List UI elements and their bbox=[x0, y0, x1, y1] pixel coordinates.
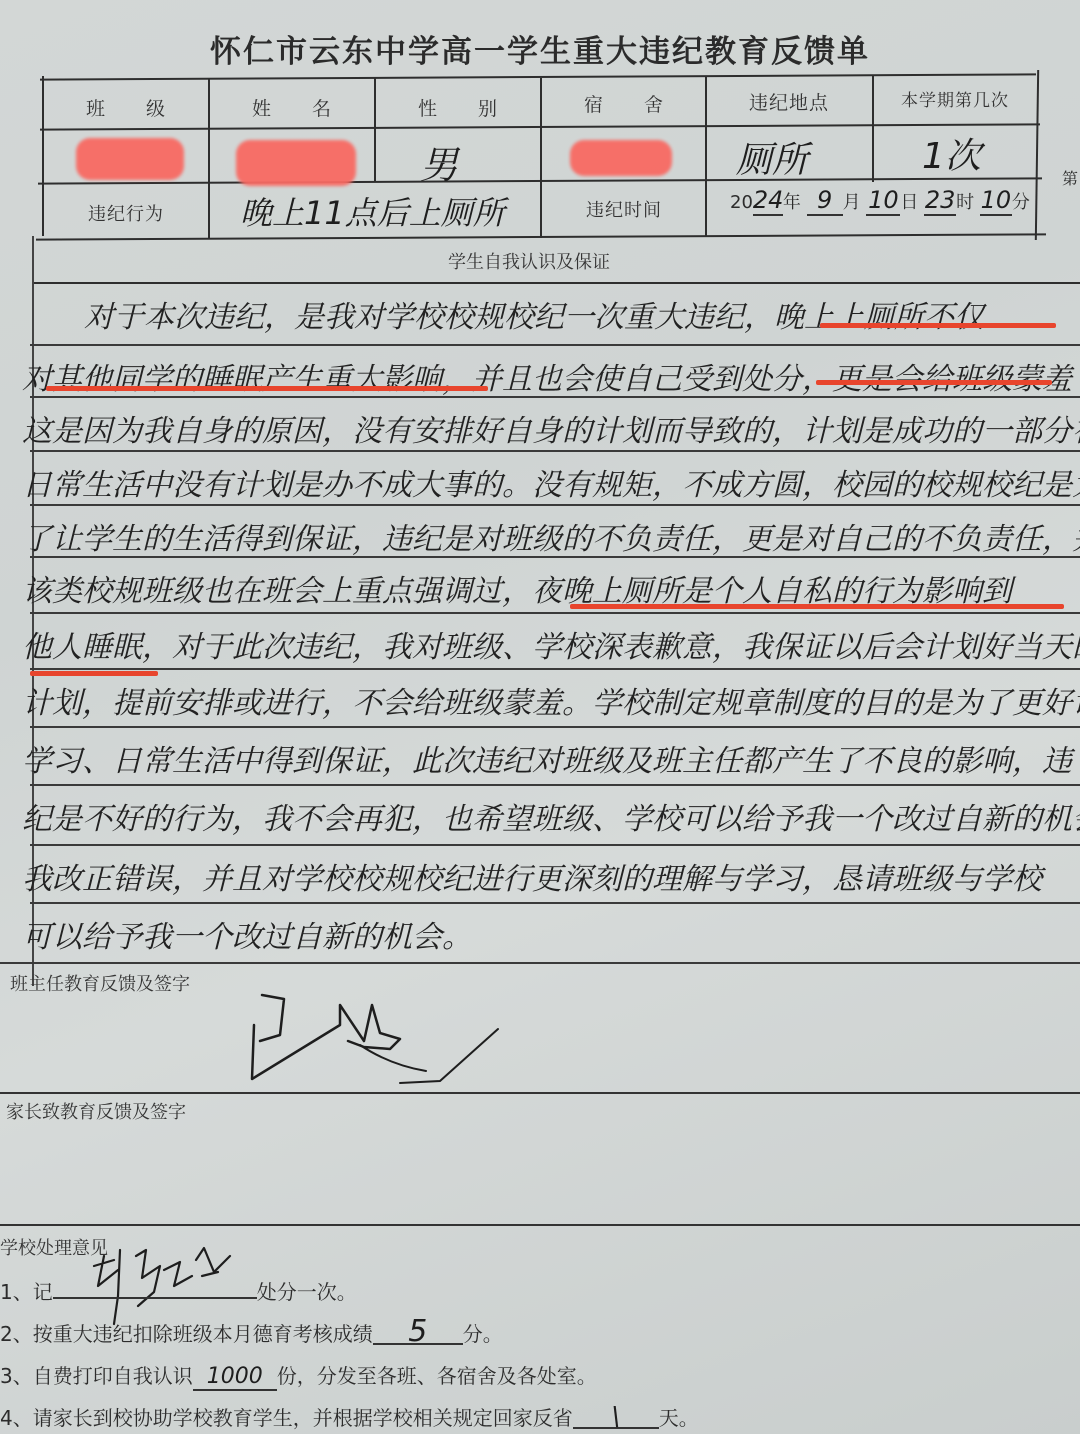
form-title: 怀仁市云东中学高一学生重大违纪教育反馈单 bbox=[0, 26, 1080, 71]
edge-fragment: 第 bbox=[1062, 166, 1078, 189]
label-behavior: 违纪行为 bbox=[44, 200, 208, 226]
essay-line: 该类校规班级也在班会上重点强调过，夜晚上厕所是个人自私的行为影响到 bbox=[14, 558, 1080, 620]
essay-line: 我改正错误，并且对学校校规校纪进行更深刻的理解与学习，恳请班级与学校 bbox=[14, 846, 1080, 908]
violation-time: 2024年 9月 10日 23时 10分 bbox=[730, 186, 1030, 216]
essay-line: 对于本次违纪，是我对学校校规校纪一次重大违纪，晚上上厕所不仅 bbox=[14, 284, 1080, 346]
highlight-underline bbox=[30, 671, 158, 676]
teacher-signature bbox=[240, 985, 510, 1085]
label-location: 违纪地点 bbox=[707, 88, 871, 115]
decision-item-1: 1、记处分一次。 bbox=[0, 1276, 357, 1305]
highlight-underline bbox=[46, 386, 488, 391]
count-value: 1次 bbox=[922, 128, 981, 179]
feedback-form-photo: 怀仁市云东中学高一学生重大违纪教育反馈单 班 级 姓 名 性 别 宿 舍 违纪地… bbox=[0, 0, 1080, 1434]
essay-line: 学习、日常生活中得到保证，此次违纪对班级及班主任都产生了不良的影响，违 bbox=[14, 728, 1080, 790]
redacted-name bbox=[236, 140, 356, 186]
decision-2-value: 5 bbox=[373, 1321, 463, 1345]
hour-value: 23 bbox=[924, 186, 956, 216]
label-class: 班 级 bbox=[44, 94, 208, 121]
label-time: 违纪时间 bbox=[542, 196, 706, 222]
label-dorm: 宿 舍 bbox=[542, 90, 706, 117]
label-count: 本学期第几次 bbox=[872, 86, 1038, 111]
label-name: 姓 名 bbox=[210, 94, 374, 121]
highlight-underline bbox=[816, 380, 1052, 385]
label-gender: 性 别 bbox=[376, 94, 540, 121]
redacted-class bbox=[76, 138, 184, 180]
location-value: 厕所 bbox=[736, 132, 808, 183]
gender-value: 男 bbox=[420, 134, 458, 189]
essay-line: 他人睡眠，对于此次违纪，我对班级、学校深表歉意，我保证以后会计划好当天的 bbox=[14, 614, 1080, 676]
year-value: 24 bbox=[753, 186, 783, 216]
parent-feedback-label: 家长致教育反馈及签字 bbox=[6, 1098, 186, 1124]
essay-line: 计划，提前安排或进行，不会给班级蒙羞。学校制定规章制度的目的是为了更好让学生在 bbox=[14, 670, 1080, 732]
teacher-feedback-label: 班主任教育反馈及签字 bbox=[10, 970, 190, 996]
month-value: 9 bbox=[807, 186, 843, 216]
decision-item-3: 3、自费打印自我认识1000份，分发至各班、各宿舍及各处室。 bbox=[0, 1360, 597, 1391]
day-value: 10 bbox=[866, 186, 900, 216]
redacted-dorm bbox=[570, 140, 672, 176]
self-reflection-heading: 学生自我认识及保证 bbox=[448, 248, 610, 274]
highlight-underline bbox=[570, 604, 1064, 609]
decision-3-value: 1000 bbox=[193, 1364, 277, 1391]
minute-value: 10 bbox=[980, 186, 1012, 216]
decision-item-2: 2、按重大违纪扣除班级本月德育考核成绩5分。 bbox=[0, 1318, 503, 1347]
highlight-underline bbox=[820, 323, 1056, 328]
essay-line: 可以给予我一个改过自新的机会。 bbox=[14, 904, 1080, 966]
behavior-value: 晚上11点后上厕所 bbox=[240, 188, 505, 234]
decision-1-value bbox=[53, 1297, 257, 1299]
decision-item-4: 4、请家长到校协助学校教育学生，并根据学校相关规定回家反省\天。 bbox=[0, 1402, 699, 1431]
decision-4-value: \ bbox=[573, 1407, 659, 1429]
essay-line: 纪是不好的行为，我不会再犯，也希望班级、学校可以给予我一个改过自新的机会，让 bbox=[14, 786, 1080, 848]
